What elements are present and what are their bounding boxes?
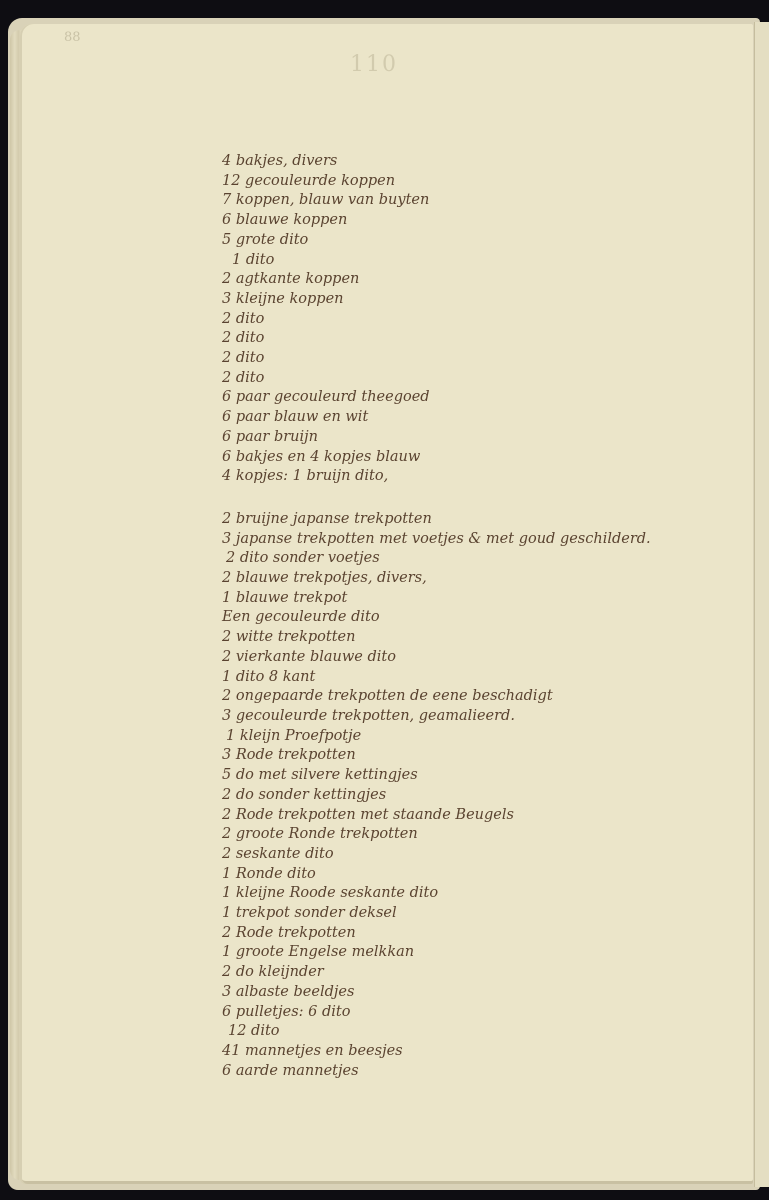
list-item: 2 groote Ronde trekpotten — [222, 825, 651, 845]
list-item: 1 trekpot sonder deksel — [222, 904, 651, 924]
list-item: 6 paar gecouleurd theegoed — [222, 388, 651, 408]
list-item: 1 blauwe trekpot — [222, 589, 651, 609]
list-item: 2 witte trekpotten — [222, 628, 651, 648]
list-item: Een gecouleurde dito — [222, 608, 651, 628]
list-item: 2 dito — [222, 310, 651, 330]
list-item: 6 aarde mannetjes — [222, 1062, 651, 1082]
list-item: 12 gecouleurde koppen — [222, 172, 651, 192]
list-item: 7 koppen, blauw van buyten — [222, 191, 651, 211]
list-item: 6 pulletjes: 6 dito — [222, 1003, 651, 1023]
list-item: 3 albaste beeldjes — [222, 983, 651, 1003]
list-item: 2 seskante dito — [222, 845, 651, 865]
list-item: 5 do met silvere kettingjes — [222, 766, 651, 786]
list-item: 2 ongepaarde trekpotten de eene beschadi… — [222, 687, 651, 707]
list-item: 6 paar bruijn — [222, 428, 651, 448]
list-item: 6 bakjes en 4 kopjes blauw — [222, 448, 651, 468]
section-gap — [222, 487, 651, 510]
list-item: 3 kleijne koppen — [222, 290, 651, 310]
facing-page-edge — [754, 22, 769, 1187]
list-item: 41 mannetjes en beesjes — [222, 1042, 651, 1062]
list-item: 12 dito — [222, 1022, 651, 1042]
list-item: 2 Rode trekpotten met staande Beugels — [222, 806, 651, 826]
list-item: 4 kopjes: 1 bruijn dito, — [222, 467, 651, 487]
list-item: 3 japanse trekpotten met voetjes & met g… — [222, 530, 651, 550]
pencil-folio-number: 110 — [350, 52, 398, 77]
old-folio-number: 88 — [64, 30, 81, 45]
list-item: 2 bruijne japanse trekpotten — [222, 510, 651, 530]
list-item: 2 dito — [222, 369, 651, 389]
list-item: 2 blauwe trekpotjes, divers, — [222, 569, 651, 589]
list-item: 3 gecouleurde trekpotten, geamalieerd. — [222, 707, 651, 727]
list-item: 1 kleijne Roode seskante dito — [222, 884, 651, 904]
list-item: 6 paar blauw en wit — [222, 408, 651, 428]
list-item: 2 vierkante blauwe dito — [222, 648, 651, 668]
list-item: 6 blauwe koppen — [222, 211, 651, 231]
list-item: 1 kleijn Proefpotje — [222, 727, 651, 747]
list-item: 2 dito — [222, 329, 651, 349]
list-item: 5 grote dito — [222, 231, 651, 251]
inventory-list: 4 bakjes, divers 12 gecouleurde koppen 7… — [222, 152, 651, 1081]
list-item: 2 do sonder kettingjes — [222, 786, 651, 806]
list-item: 1 groote Engelse melkkan — [222, 943, 651, 963]
list-item: 2 dito sonder voetjes — [222, 549, 651, 569]
list-item: 2 Rode trekpotten — [222, 924, 651, 944]
list-item: 2 agtkante koppen — [222, 270, 651, 290]
list-item: 2 do kleijnder — [222, 963, 651, 983]
list-item: 3 Rode trekpotten — [222, 746, 651, 766]
list-item: 1 Ronde dito — [222, 865, 651, 885]
list-item: 1 dito 8 kant — [222, 668, 651, 688]
list-item: 2 dito — [222, 349, 651, 369]
list-item: 4 bakjes, divers — [222, 152, 651, 172]
list-item: 1 dito — [222, 251, 651, 271]
